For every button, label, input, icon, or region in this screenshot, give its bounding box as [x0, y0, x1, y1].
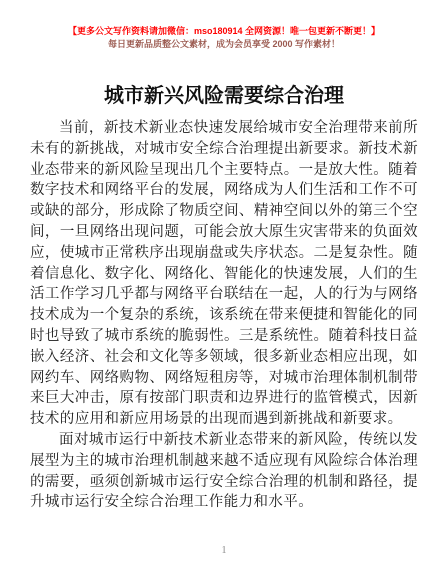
watermark-header: 【更多公文写作资料请加微信：mso180914 全网资源！唯一包更新不断更！】 … [0, 0, 448, 51]
paragraph-2: 面对城市运行中新技术新业态带来的新风险，传统以发展型为主的城市治理机制越来越不适… [30, 430, 418, 513]
document-body: 当前，新技术新业态快速发展给城市安全治理带来前所未有的新挑战，对城市安全综合治理… [30, 118, 418, 513]
document-page: 【更多公文写作资料请加微信：mso180914 全网资源！唯一包更新不断更！】 … [0, 0, 448, 580]
page-number: 1 [0, 545, 448, 556]
paragraph-1: 当前，新技术新业态快速发展给城市安全治理带来前所未有的新挑战，对城市安全综合治理… [30, 118, 418, 430]
watermark-line2: 每日更新品质整公文素材，成为会员享受 2000 写作素材！ [0, 38, 448, 51]
document-title: 城市新兴风险需要综合治理 [0, 83, 448, 109]
watermark-line1: 【更多公文写作资料请加微信：mso180914 全网资源！唯一包更新不断更！】 [0, 25, 448, 38]
